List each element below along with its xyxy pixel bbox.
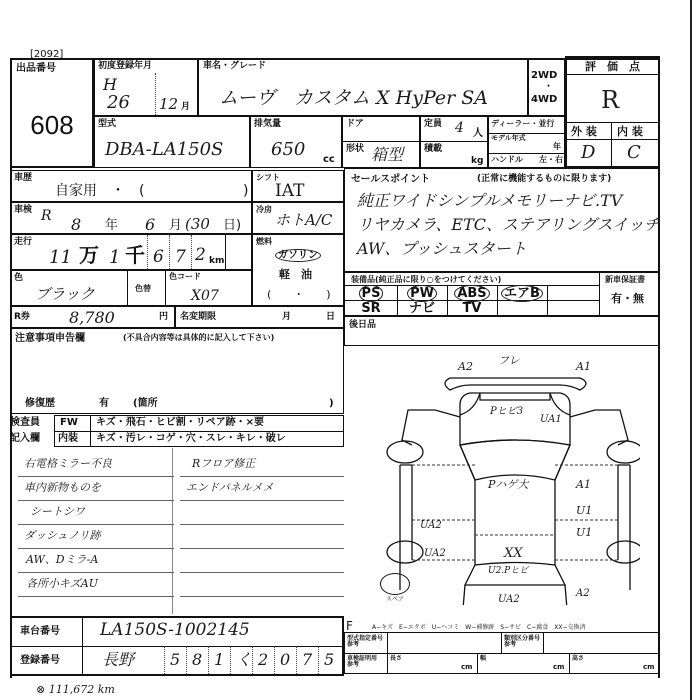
note-left-1: 右電格ミラー不良 — [24, 458, 112, 469]
sales-points-note: (正常に機能するものに限ります) — [477, 175, 611, 184]
note-right-1: Rフロア修正 — [192, 458, 255, 469]
note-left-3: シートシワ — [30, 506, 85, 517]
mileage-box: 走行 11 万 1 千 6 7 2 km — [10, 234, 252, 270]
shape-value: 箱型 — [371, 147, 403, 163]
drive-2wd: 2WD — [531, 71, 557, 81]
handle-value: 左・右 — [539, 156, 563, 164]
registration-region: 長野 — [102, 652, 134, 668]
month-unit: 月 — [181, 103, 190, 112]
interior-label: 内装 — [58, 434, 78, 444]
registration-digit-1: 5 — [170, 652, 180, 668]
history-label: 車歴 — [14, 174, 32, 183]
inspector-label-2: 記入欄 — [10, 434, 40, 444]
registration-digit-4: く — [236, 652, 252, 668]
shape-label: 形状 — [346, 145, 364, 154]
recycle-unit: 円 — [159, 313, 168, 322]
fw-label: FW — [60, 418, 78, 428]
grade-label: 評 価 点 — [585, 61, 640, 72]
repair-location-label: (箇所 — [133, 399, 158, 409]
fuel-light-oil: 軽 油 — [279, 269, 312, 280]
note-left-6: 各所小キズAU — [26, 578, 98, 589]
equipment-pw: PW — [407, 285, 437, 302]
model-code-box: 型式 DBA-LA150S — [94, 116, 250, 168]
registration-digit-3: 1 — [214, 652, 224, 668]
class-number-label: 類別区分番号 参考 — [504, 636, 540, 648]
shift-box: シフト IAT — [252, 170, 344, 202]
first-registration-month: 12 — [159, 97, 178, 112]
mileage-digit-2: 7 — [175, 249, 186, 266]
mark-right-door-rear: U1 — [576, 505, 592, 516]
grade-box: 評 価 点 R 外 装 内 装 D C — [565, 56, 660, 168]
displacement-value: 650 — [271, 141, 305, 159]
warranty-label: 新車保証書 — [605, 276, 645, 284]
first-registration-year: 26 — [107, 94, 130, 112]
displacement-unit: cc — [323, 155, 335, 165]
equipment-sr: SR — [345, 302, 397, 315]
recycle-value: 8,780 — [69, 310, 115, 326]
registration-digit-5: 2 — [258, 652, 268, 668]
mark-front-right-fender: UA1 — [540, 415, 562, 425]
mark-right-quarter: U1 — [576, 527, 592, 538]
fuel-other: ( ・ ) — [267, 289, 331, 300]
ac-box: 冷房 ホトA/C — [252, 202, 344, 234]
model-code-value: DBA-LA150S — [105, 141, 223, 159]
car-name-label: 車名・グレード — [203, 62, 266, 71]
month-unit: 月 — [169, 219, 182, 232]
equipment-navi: ナビ — [397, 302, 447, 315]
interior-items: キズ・汚レ・コゲ・穴・スレ・キレ・破レ — [96, 434, 286, 444]
warranty-value: 有・無 — [611, 293, 644, 304]
mileage-digit-1: 6 — [153, 249, 164, 266]
car-name-box: 車名・グレード ムーヴ カスタム X HyPer SA — [198, 58, 528, 116]
capacity-unit: 人 — [473, 129, 483, 139]
width-unit: cm — [553, 664, 564, 671]
color-label: 色 — [14, 274, 23, 283]
later-items-box: 後日品 — [344, 316, 660, 346]
mark-front-center: フレ — [498, 355, 520, 366]
lot-label: 出品番号 — [16, 64, 56, 74]
year-unit: 年 — [105, 219, 118, 232]
load-label: 積載 — [424, 145, 442, 154]
equipment-tv: TV — [447, 302, 497, 315]
name-change-box: 名変期限 月 日 — [175, 306, 344, 328]
model-code-label: 型式 — [98, 120, 116, 129]
front-mark: F — [346, 620, 353, 632]
chassis-number: LA150S-1002145 — [100, 622, 250, 639]
drive-separator: ・ — [544, 83, 553, 92]
repair-location-close: ) — [329, 399, 334, 409]
model-year-unit: 年 — [553, 143, 561, 151]
equipment-box: 装備品(純正品に限り○をつけてください) PS PW ABS エアB SR ナビ… — [344, 272, 660, 316]
sen-unit: 千 — [125, 245, 145, 265]
mark-rear-bumper: UA2 — [498, 595, 520, 605]
chassis-label: 車台番号 — [20, 627, 60, 637]
mark-hood: Pヒビ3 — [490, 407, 523, 417]
ac-label: 冷房 — [256, 206, 272, 214]
name-change-day: 日 — [326, 313, 335, 322]
inspection-year: 8 — [71, 217, 81, 233]
length-unit: cm — [461, 664, 472, 671]
history-box: 車歴 自家用 ・ ( ) — [10, 170, 252, 202]
load-unit: kg — [471, 157, 483, 166]
drive-4wd: 4WD — [531, 95, 557, 105]
mileage-man: 11 — [49, 249, 72, 267]
man-unit: 万 — [79, 245, 99, 265]
length-label: 長さ — [390, 656, 402, 662]
note-left-5: AW、Dミラ-A — [26, 554, 98, 565]
damage-diagram: A2 フレ A1 Pヒビ3 UA1 Pハゲ大 A1 U1 U1 UA2 UA2 … — [380, 355, 640, 605]
inspector-notes: 右電格ミラー不良 車内新物ものを シートシワ ダッシュノリ跡 AW、Dミラ-A … — [10, 448, 350, 614]
note-left-2: 車内新物ものを — [24, 482, 101, 493]
capacity-label: 定員 — [424, 120, 442, 129]
height-label: 高さ — [572, 656, 584, 662]
spare-tire-icon — [380, 573, 410, 595]
registration-label: 登録番号 — [20, 656, 60, 666]
registration-digit-6: 0 — [280, 652, 290, 668]
car-name-value: ムーヴ カスタム X HyPer SA — [219, 89, 488, 108]
doors-label: ドア — [346, 120, 364, 129]
mark-left-quarter-upper: UA2 — [420, 521, 442, 531]
dealer-label: ディーラー・並行 — [491, 120, 554, 128]
history-sep: ・ ( — [111, 184, 144, 198]
mark-front-right: A1 — [576, 361, 591, 372]
capacity-value: 4 — [455, 121, 464, 135]
recycle-label: R券 — [14, 313, 30, 322]
damage-legend: A−キズ E−エクボ U−ヘコミ W−補修跡 S−サビ C−腐食 XX−交換済 — [372, 625, 586, 631]
interior-grade: C — [627, 144, 641, 162]
sales-point-line-3: AW、プッシュスタート — [357, 241, 527, 257]
name-change-month: 月 — [282, 313, 291, 322]
mark-roof: Pハゲ大 — [488, 479, 528, 490]
notes-label: 注意事項申告欄 — [15, 334, 85, 344]
type-number-label: 型式指定番号 参考 — [347, 636, 383, 648]
capacity-box: 定員 4 人 積載 kg — [420, 116, 488, 168]
displacement-box: 排気量 650 cc — [250, 116, 342, 168]
sales-points-box: セールスポイント (正常に機能するものに限ります) 純正ワイドシンプルメモリーナ… — [344, 168, 660, 272]
color-box: 色 ブラック 色替 色コード X07 — [10, 270, 252, 306]
door-shape-box: ドア 形状 箱型 — [342, 116, 420, 168]
equipment-abs: ABS — [454, 285, 489, 302]
notes-box: 注意事項申告欄 (不具合内容等は具体的に記入して下さい) 修復歴 有 (箇所 ) — [10, 328, 344, 414]
later-items-label: 後日品 — [349, 321, 376, 330]
first-registration-box: 初度登録年月 H 26 12 月 — [94, 58, 198, 116]
inspection-box: 車検 R 8 年 6 月 (30 日) — [10, 202, 252, 234]
mileage-label: 走行 — [14, 238, 32, 247]
displacement-label: 排気量 — [254, 120, 281, 129]
inspector-field: 検査員 記入欄 FW キズ・飛石・ヒビ割・リペア跡・×要 内装 キズ・汚レ・コゲ… — [10, 415, 344, 447]
lot-number-box: 出品番号 608 — [10, 58, 94, 168]
mark-rear-right: A2 — [576, 589, 590, 599]
mark-right-door-front: A1 — [576, 479, 591, 490]
handle-label: ハンドル — [491, 156, 523, 164]
name-change-label: 名変期限 — [180, 313, 216, 322]
equipment-ps: PS — [359, 285, 384, 302]
color-code-value: X07 — [191, 289, 219, 303]
color-code-label: 色コード — [169, 273, 201, 281]
color-value: ブラック — [35, 287, 95, 302]
mark-trunk: XX — [504, 547, 523, 560]
fuel-gasoline-selected: ガソリン — [275, 249, 321, 262]
note-left-4: ダッシュノリ跡 — [24, 530, 101, 541]
inspection-day: (30 — [185, 217, 210, 232]
drive-box: 2WD ・ 4WD — [528, 58, 565, 116]
registration-digit-8: 5 — [324, 652, 334, 668]
inspector-label-1: 検査員 — [10, 418, 40, 428]
fuel-label: 燃料 — [256, 238, 272, 246]
spare-label: スペア — [386, 597, 404, 603]
ac-value: ホトA/C — [275, 213, 332, 228]
inspection-era: R — [41, 209, 52, 223]
equipment-label: 装備品(純正品に限り○をつけてください) — [351, 276, 501, 284]
first-registration-label: 初度登録年月 — [98, 62, 152, 71]
registration-digit-7: 7 — [302, 652, 312, 668]
exterior-grade: D — [581, 144, 595, 162]
repair-history-value: 有 — [99, 399, 109, 409]
inspection-label: 車検 — [14, 206, 32, 215]
history-close: ) — [243, 184, 248, 198]
registration-digit-2: 8 — [192, 652, 202, 668]
mark-trunk-sub: U2.Pヒビ — [488, 567, 528, 576]
inspection-month: 6 — [145, 217, 155, 233]
size-label: 車検証明用 参考 — [347, 656, 377, 668]
exterior-label: 外 装 — [571, 126, 597, 137]
mark-front-left: A2 — [458, 361, 473, 372]
grade-value: R — [601, 88, 619, 112]
mileage-unit: km — [209, 257, 224, 266]
mileage-digit-3: 2 — [195, 247, 206, 264]
sales-point-line-1: 純正ワイドシンプルメモリーナビ.TV — [357, 193, 622, 209]
mark-left-quarter-lower: UA2 — [424, 549, 446, 559]
width-label: 幅 — [480, 656, 486, 662]
equipment-airbag: エアB — [501, 285, 543, 302]
lot-number: 608 — [12, 110, 92, 141]
history-value: 自家用 — [55, 184, 97, 198]
scan-edge — [690, 0, 692, 700]
footer-mileage: ⊗ 111,672 km — [36, 684, 115, 695]
sales-points-label: セールスポイント — [351, 175, 430, 185]
recycle-box: R券 8,780 円 — [10, 306, 175, 328]
mileage-sen: 1 — [109, 249, 120, 267]
fuel-gasoline: ガソリン — [275, 251, 321, 261]
model-year-label: モデル年式 — [491, 135, 526, 142]
note-right-2: エンドパネルメメ — [186, 482, 273, 493]
dealer-box: ディーラー・並行 モデル年式 年 ハンドル 左・右 — [488, 116, 565, 168]
notes-sub: (不具合内容等は具体的に記入して下さい) — [123, 334, 274, 342]
fuel-box: 燃料 ガソリン 軽 油 ( ・ ) — [252, 234, 344, 306]
sales-point-line-2: リヤカメラ、ETC、ステアリングスイッチ — [357, 217, 660, 233]
height-unit: cm — [643, 664, 654, 671]
shift-value: IAT — [275, 183, 304, 200]
day-unit: 日) — [223, 219, 241, 232]
interior-label: 内 装 — [617, 126, 643, 137]
chassis-registration-box: 車台番号 LA150S-1002145 登録番号 長野 5 8 1 く 2 0 … — [10, 616, 344, 676]
fw-items: キズ・飛石・ヒビ割・リペア跡・×要 — [96, 418, 264, 428]
certification-box: 型式指定番号 参考 類別区分番号 参考 車検証明用 参考 長さ cm 幅 cm … — [344, 632, 660, 674]
repair-history-label: 修復歴 — [25, 399, 55, 409]
repaint-label: 色替 — [135, 285, 151, 293]
first-registration-era: H — [103, 77, 117, 93]
